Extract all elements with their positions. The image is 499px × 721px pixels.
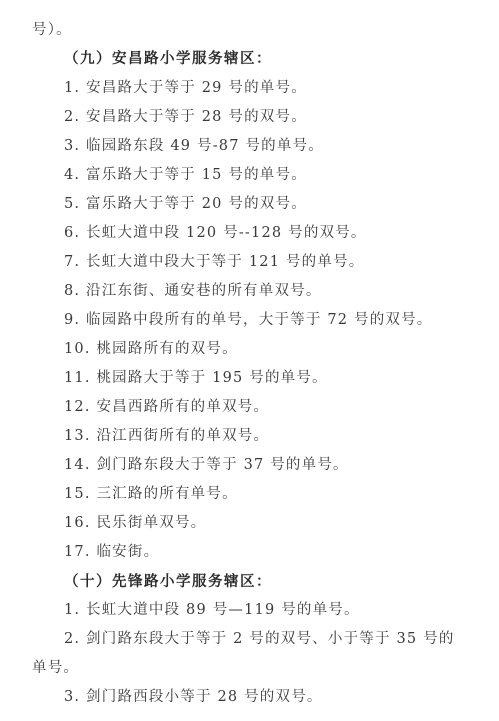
list-item: 6. 长虹大道中段 120 号--128 号的双号。 [64, 219, 367, 248]
list-item: 11. 桃园路大于等于 195 号的单号。 [64, 364, 328, 393]
section-heading-10: （十）先锋路小学服务辖区： [64, 567, 272, 596]
list-item: 3. 临园路东段 49 号-87 号的单号。 [64, 132, 324, 161]
list-item-continuation: 单号。 [32, 654, 79, 683]
list-item: 1. 长虹大道中段 89 号—119 号的单号。 [64, 596, 360, 625]
list-item: 15. 三汇路的所有单号。 [64, 480, 238, 509]
list-item: 13. 沿江西街所有的单双号。 [64, 422, 269, 451]
list-item: 2. 剑门路东段大于等于 2 号的双号、小于等于 35 号的 [64, 625, 455, 654]
list-item: 16. 民乐街单双号。 [64, 509, 206, 538]
list-item: 3. 剑门路西段小等于 28 号的双号。 [64, 683, 323, 712]
list-item: 5. 富乐路大于等于 20 号的双号。 [64, 190, 307, 219]
list-item: 4. 富乐路大于等于 15 号的单号。 [64, 161, 307, 190]
section-heading-9: （九）安昌路小学服务辖区： [64, 44, 272, 73]
list-item: 12. 安昌西路所有的单双号。 [64, 393, 269, 422]
list-item: 10. 桃园路所有的双号。 [64, 335, 238, 364]
list-item: 17. 临安街。 [64, 538, 159, 567]
list-item: 2. 安昌路大于等于 28 号的双号。 [64, 103, 307, 132]
document-page: 号）。 （九）安昌路小学服务辖区： 1. 安昌路大于等于 29 号的单号。 2.… [0, 0, 499, 721]
list-item: 14. 剑门路东段大于等于 37 号的单号。 [64, 451, 349, 480]
list-item: 8. 沿江东街、通安巷的所有单双号。 [64, 277, 322, 306]
list-item: 1. 安昌路大于等于 29 号的单号。 [64, 74, 307, 103]
list-item: 9. 临园路中段所有的单号，大于等于 72 号的双号。 [64, 306, 433, 335]
lead-in-text: 号）。 [32, 16, 72, 45]
list-item: 7. 长虹大道中段大于等于 121 号的单号。 [64, 248, 364, 277]
